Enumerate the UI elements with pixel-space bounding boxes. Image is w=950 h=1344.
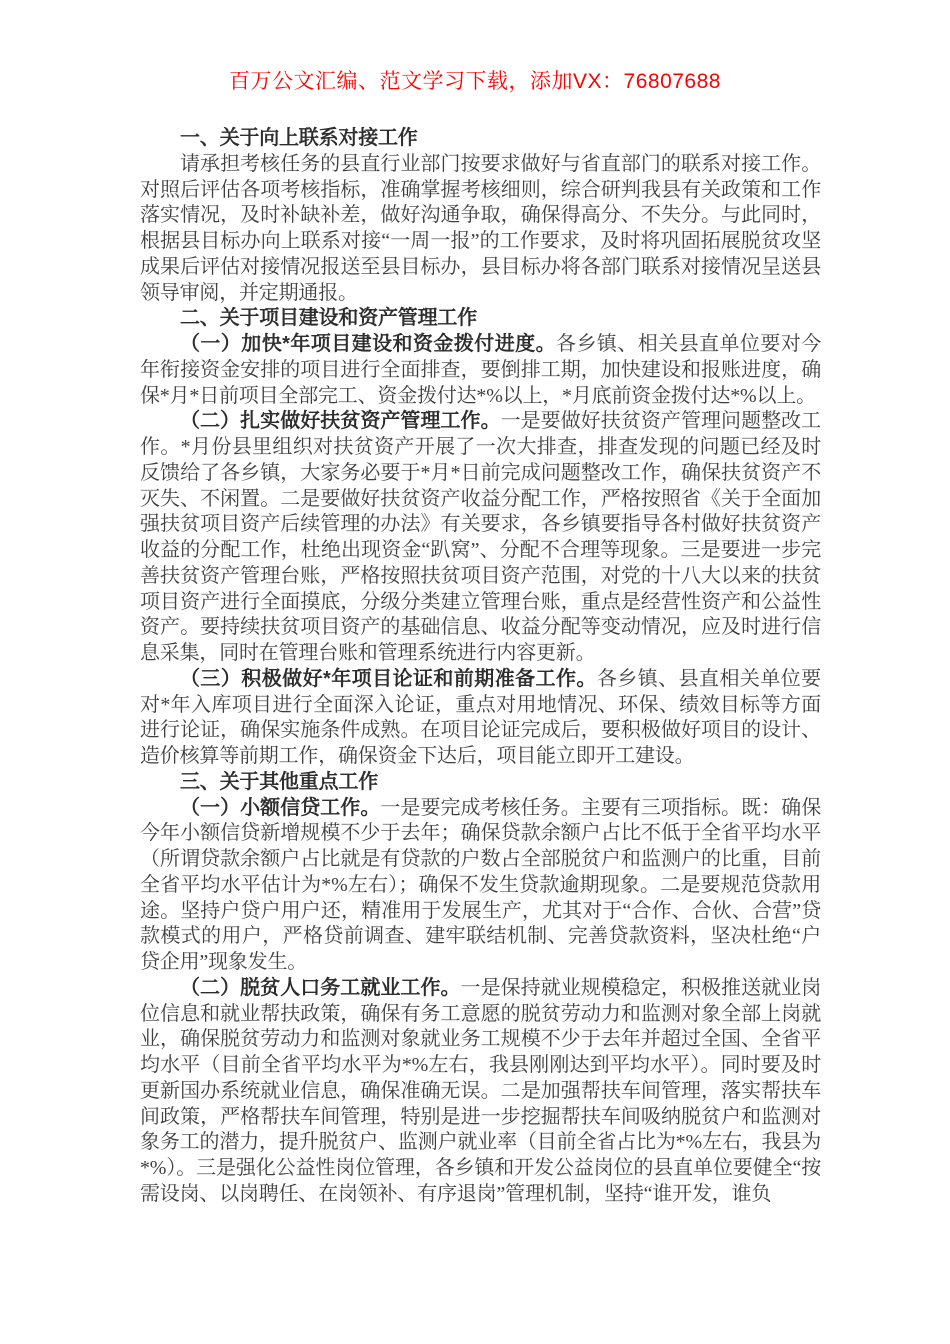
paragraph-text: 一是保持就业规模稳定，积极推送就业岗位信息和就业帮扶政策，确保有务工意愿的脱贫劳… xyxy=(140,977,821,1205)
paragraph: 请承担考核任务的县直行业部门按要求做好与省直部门的联系对接工作。对照后评估各项考… xyxy=(140,152,821,307)
document-page: 百万公文汇编、范文学习下载，添加VX：76807688 一、关于向上联系对接工作… xyxy=(0,0,950,1344)
paragraph-text: 一是要完成考核任务。主要有三项指标。既：确保今年小额信贷新增规模不少于去年；确保… xyxy=(140,797,821,974)
paragraph-lead: （一）加快*年项目建设和资金拨付进度。 xyxy=(180,333,556,355)
paragraph-lead: （一）小额信贷工作。 xyxy=(180,797,380,819)
document-body: 一、关于向上联系对接工作请承担考核任务的县直行业部门按要求做好与省直部门的联系对… xyxy=(140,126,821,1208)
paragraph-lead: （三）积极做好*年项目论证和前期准备工作。 xyxy=(180,668,597,690)
section-heading: 二、关于项目建设和资产管理工作 xyxy=(140,306,821,332)
paragraph: （二）脱贫人口务工就业工作。一是保持就业规模稳定，积极推送就业岗位信息和就业帮扶… xyxy=(140,976,821,1208)
paragraph-text: 一是要做好扶贫资产管理问题整改工作。*月份县里组织对扶贫资产开展了一次大排查，排… xyxy=(140,410,821,664)
paragraph-lead: （二）扎实做好扶贫资产管理工作。 xyxy=(180,410,501,432)
section-heading: 三、关于其他重点工作 xyxy=(140,770,821,796)
section-heading: 一、关于向上联系对接工作 xyxy=(140,126,821,152)
paragraph: （二）扎实做好扶贫资产管理工作。一是要做好扶贫资产管理问题整改工作。*月份县里组… xyxy=(140,409,821,667)
header-notice: 百万公文汇编、范文学习下载，添加VX：76807688 xyxy=(0,70,950,94)
paragraph-lead: （二）脱贫人口务工就业工作。 xyxy=(180,977,461,999)
paragraph: （三）积极做好*年项目论证和前期准备工作。各乡镇、县直相关单位要对*年入库项目进… xyxy=(140,667,821,770)
paragraph: （一）小额信贷工作。一是要完成考核任务。主要有三项指标。既：确保今年小额信贷新增… xyxy=(140,796,821,976)
paragraph-text: 请承担考核任务的县直行业部门按要求做好与省直部门的联系对接工作。对照后评估各项考… xyxy=(140,153,821,304)
paragraph: （一）加快*年项目建设和资金拨付进度。各乡镇、相关县直单位要对今年衔接资金安排的… xyxy=(140,332,821,409)
